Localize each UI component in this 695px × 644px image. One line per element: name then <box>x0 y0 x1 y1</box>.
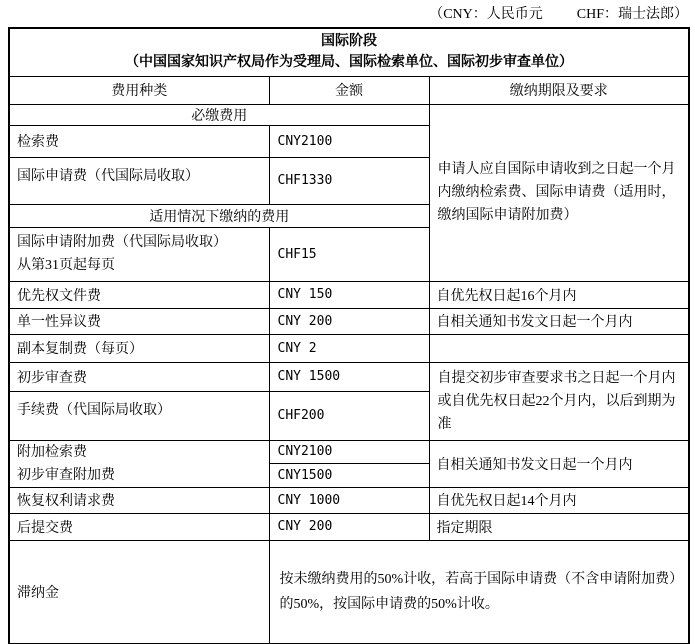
fee-name-intl-filing-supplement: 国际申请附加费（代国际局收取） 从第31页起每页 <box>9 227 269 281</box>
row-prelim-exam-fee: 初步审查费 CNY 1500 自提交初步审查要求书之日起一个月内或自优先权日起2… <box>9 362 689 391</box>
fee-name-additional-fees: 附加检索费 初步审查附加费 <box>9 440 269 487</box>
fee-name-rights-restoration: 恢复权利请求费 <box>9 487 269 513</box>
deadline-group1-cell: 申请人应自国际申请收到之日起一个月内缴纳检索费、国际申请费（适用时，缴纳国际申请… <box>429 104 689 281</box>
row-copy-fee: 副本复制费（每页） CNY 2 <box>9 334 689 362</box>
late-payment-surcharge-rule: 按未缴纳费用的50%计收，若高于国际申请费（不含申请附加费）的50%，按国际申请… <box>269 540 689 644</box>
deadline-group2-cell: 自提交初步审查要求书之日起一个月内或自优先权日起22个月内，以后到期为准 <box>429 362 689 440</box>
col-header-fee-type: 费用种类 <box>9 76 269 104</box>
fee-name-late-submission: 后提交费 <box>9 513 269 540</box>
title-row: 国际阶段 （中国国家知识产权局作为受理局、国际检索单位、国际初步审查单位） <box>9 28 689 76</box>
fee-amount-search: CNY2100 <box>269 125 429 157</box>
fee-name-intl-filing: 国际申请费（代国际局收取） <box>9 157 269 204</box>
fee-name-intl-filing-supplement-line1: 国际申请附加费（代国际局收取） <box>17 231 262 254</box>
fee-name-additional-search: 附加检索费 <box>17 441 262 464</box>
fee-name-search: 检索费 <box>9 125 269 157</box>
fee-name-copy: 副本复制费（每页） <box>9 334 269 362</box>
fee-amount-unity-objection: CNY 200 <box>269 308 429 334</box>
fee-amount-copy: CNY 2 <box>269 334 429 362</box>
fee-name-unity-objection: 单一性异议费 <box>9 308 269 334</box>
fee-amount-additional-exam: CNY1500 <box>269 463 429 487</box>
deadline-rights-restoration: 自优先权日起14个月内 <box>429 487 689 513</box>
section-row-mandatory: 必缴费用 申请人应自国际申请收到之日起一个月内缴纳检索费、国际申请费（适用时，缴… <box>9 104 689 125</box>
col-header-amount: 金额 <box>269 76 429 104</box>
deadline-copy-empty <box>429 334 689 362</box>
fee-amount-intl-filing: CHF1330 <box>269 157 429 204</box>
fee-amount-handling: CHF200 <box>269 391 429 440</box>
fee-name-late-payment-surcharge: 滞纳金 <box>9 540 269 644</box>
column-header-row: 费用种类 金额 缴纳期限及要求 <box>9 76 689 104</box>
fee-amount-additional-search: CNY2100 <box>269 440 429 463</box>
table-title-cell: 国际阶段 （中国国家知识产权局作为受理局、国际检索单位、国际初步审查单位） <box>9 28 689 76</box>
deadline-priority-document: 自优先权日起16个月内 <box>429 281 689 308</box>
fee-name-prelim-exam: 初步审查费 <box>9 362 269 391</box>
row-unity-objection-fee: 单一性异议费 CNY 200 自相关通知书发文日起一个月内 <box>9 308 689 334</box>
deadline-additional-fees: 自相关通知书发文日起一个月内 <box>429 440 689 487</box>
table-subtitle: （中国国家知识产权局作为受理局、国际检索单位、国际初步审查单位） <box>14 52 684 73</box>
international-phase-fee-table: 国际阶段 （中国国家知识产权局作为受理局、国际检索单位、国际初步审查单位） 费用… <box>8 27 690 644</box>
row-late-payment-surcharge: 滞纳金 按未缴纳费用的50%计收，若高于国际申请费（不含申请附加费）的50%，按… <box>9 540 689 644</box>
fee-name-additional-exam: 初步审查附加费 <box>17 464 262 487</box>
currency-legend-chf: CHF：瑞士法郎） <box>577 3 688 23</box>
row-rights-restoration-fee: 恢复权利请求费 CNY 1000 自优先权日起14个月内 <box>9 487 689 513</box>
row-late-submission-fee: 后提交费 CNY 200 指定期限 <box>9 513 689 540</box>
section-mandatory-label: 必缴费用 <box>9 104 429 125</box>
fee-name-handling: 手续费（代国际局收取） <box>9 391 269 440</box>
col-header-deadline: 缴纳期限及要求 <box>429 76 689 104</box>
table-title: 国际阶段 <box>14 31 684 52</box>
fee-amount-priority-document: CNY 150 <box>269 281 429 308</box>
row-priority-document-fee: 优先权文件费 CNY 150 自优先权日起16个月内 <box>9 281 689 308</box>
deadline-late-submission: 指定期限 <box>429 513 689 540</box>
currency-legend-cny: （CNY：人民币元 <box>429 3 543 23</box>
fee-name-intl-filing-supplement-line2: 从第31页起每页 <box>17 254 262 277</box>
deadline-unity-objection: 自相关通知书发文日起一个月内 <box>429 308 689 334</box>
fee-amount-rights-restoration: CNY 1000 <box>269 487 429 513</box>
fee-amount-prelim-exam: CNY 1500 <box>269 362 429 391</box>
row-additional-search-fee: 附加检索费 初步审查附加费 CNY2100 自相关通知书发文日起一个月内 <box>9 440 689 463</box>
document-page: （CNY：人民币元 CHF：瑞士法郎） 国际阶段 （中国国家知识产权局作为受理局… <box>0 0 695 644</box>
fee-amount-intl-filing-supplement: CHF15 <box>269 227 429 281</box>
fee-amount-late-submission: CNY 200 <box>269 513 429 540</box>
currency-legend: （CNY：人民币元 CHF：瑞士法郎） <box>429 3 688 23</box>
section-applicable-label: 适用情况下缴纳的费用 <box>9 204 429 227</box>
fee-name-priority-document: 优先权文件费 <box>9 281 269 308</box>
